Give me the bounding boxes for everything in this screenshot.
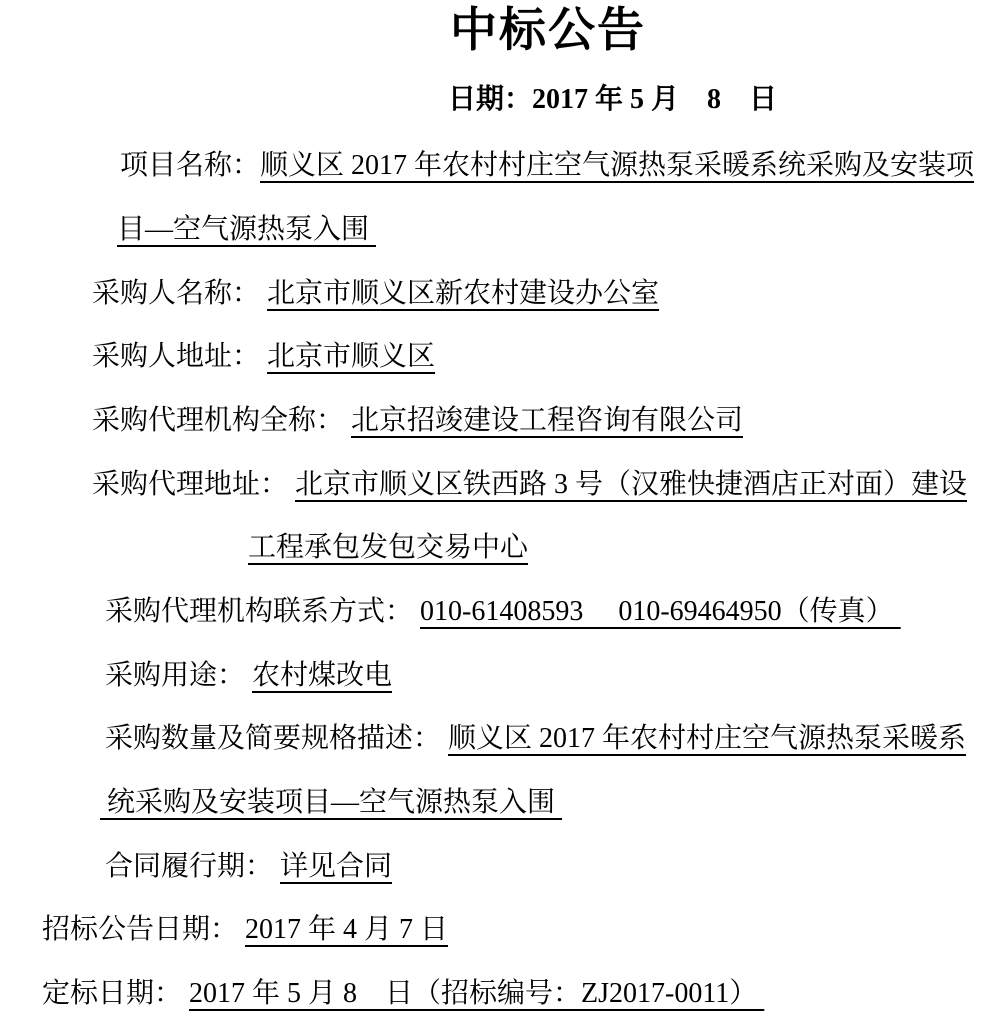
date-line: 日期：2017 年 5 月 8 日 <box>448 82 777 118</box>
line-project-name-1: 项目名称：顺义区 2017 年农村村庄空气源热泵采暖系统采购及安装项 <box>120 148 974 184</box>
line-award-date: 定标日期： 2017 年 5 月 8 日（招标编号：ZJ2017-0011） <box>42 976 764 1012</box>
line-project-name-2: 目—空气源热泵入围 <box>117 212 376 248</box>
field-value: 北京招竣建设工程咨询有限公司 <box>351 405 743 436</box>
field-value: 农村煤改电 <box>252 660 392 691</box>
line-agency-contact: 采购代理机构联系方式： 010-61408593 010-69464950（传真… <box>105 594 901 630</box>
field-value: 详见合同 <box>280 851 392 882</box>
field-value: 北京市顺义区 <box>267 341 435 372</box>
line-procurement-purpose: 采购用途： 农村煤改电 <box>105 658 392 694</box>
field-label: 采购数量及简要规格描述： <box>105 723 448 754</box>
field-label: 采购人名称： <box>92 278 267 309</box>
field-label: 采购代理机构联系方式： <box>105 596 420 627</box>
field-value: 顺义区 2017 年农村村庄空气源热泵采暖系 <box>448 723 966 754</box>
field-label: 采购人地址： <box>92 341 267 372</box>
field-value: 2017 年 5 月 8 日（招标编号：ZJ2017-0011） <box>189 978 764 1009</box>
field-value: 北京市顺义区新农村建设办公室 <box>267 278 659 309</box>
field-label: 采购用途： <box>105 660 252 691</box>
line-purchaser-name: 采购人名称： 北京市顺义区新农村建设办公室 <box>92 276 659 312</box>
field-value: 目—空气源热泵入围 <box>117 214 376 245</box>
line-purchaser-address: 采购人地址： 北京市顺义区 <box>92 339 435 375</box>
field-value: 北京市顺义区铁西路 3 号（汉雅快捷酒店正对面）建设 <box>295 469 967 500</box>
line-agency-address-1: 采购代理地址： 北京市顺义区铁西路 3 号（汉雅快捷酒店正对面）建设 <box>92 467 967 503</box>
line-quantity-spec-2: 统采购及安装项目—空气源热泵入围 <box>100 785 562 821</box>
field-label: 采购代理机构全称： <box>92 405 351 436</box>
field-label: 采购代理地址： <box>92 469 295 500</box>
line-quantity-spec-1: 采购数量及简要规格描述： 顺义区 2017 年农村村庄空气源热泵采暖系 <box>105 721 966 757</box>
line-agency-address-2: 工程承包发包交易中心 <box>248 530 528 566</box>
line-agency-full-name: 采购代理机构全称： 北京招竣建设工程咨询有限公司 <box>92 403 743 439</box>
field-value: 统采购及安装项目—空气源热泵入围 <box>100 787 562 818</box>
field-label: 定标日期： <box>42 978 189 1009</box>
line-tender-announcement-date: 招标公告日期： 2017 年 4 月 7 日 <box>42 912 448 948</box>
field-value: 2017 年 4 月 7 日 <box>245 914 448 945</box>
announcement-page: 中标公告 日期：2017 年 5 月 8 日 项目名称：顺义区 2017 年农村… <box>0 0 1000 1034</box>
field-value: 工程承包发包交易中心 <box>248 532 528 563</box>
field-label: 合同履行期： <box>105 851 280 882</box>
page-title: 中标公告 <box>450 2 646 58</box>
field-label: 招标公告日期： <box>42 914 245 945</box>
line-contract-period: 合同履行期： 详见合同 <box>105 849 392 885</box>
field-value: 顺义区 2017 年农村村庄空气源热泵采暖系统采购及安装项 <box>260 150 974 181</box>
field-value: 010-61408593 010-69464950（传真） <box>420 596 901 627</box>
field-label: 项目名称： <box>120 150 260 181</box>
